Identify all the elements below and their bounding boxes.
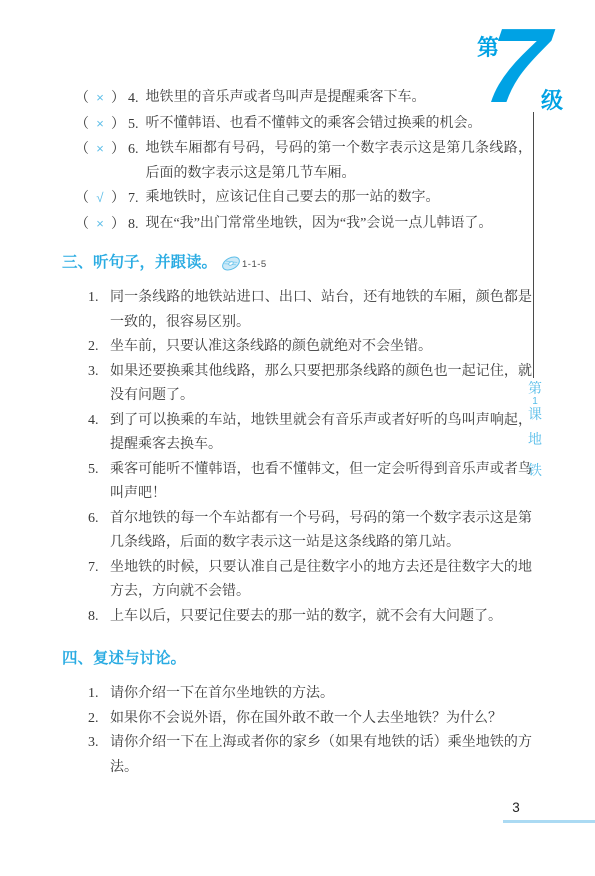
true-false-item: （×）6. 地铁车厢都有号码，号码的第一个数字表示这是第几条线路，后面的数字表示… [75, 137, 532, 186]
discussion-item: 3. 请你介绍一下在上海或者你的家乡（如果有地铁的话）乘坐地铁的方法。 [88, 731, 532, 780]
sentence-item: 1. 同一条线路的地铁站进口、出口、站台，还有地铁的车厢，颜色都是一致的，很容易… [88, 286, 532, 335]
sentence-item: 7. 坐地铁的时候，只要认准自己是往数字小的地方去还是往数字大的地方去，方向就不… [88, 556, 532, 605]
item-number: 2. [88, 335, 110, 360]
item-number: 6. [128, 138, 139, 163]
section-discuss-title: 四、复述与讨论。 [62, 649, 532, 669]
open-paren: （ [75, 91, 89, 106]
answer-mark: × [89, 212, 111, 237]
sentence-text: 乘客可能听不懂韩语，也看不懂韩文，但一定会听得到音乐声或者鸟叫声吧！ [110, 458, 532, 507]
sidebar-lesson-number: 1 [532, 396, 538, 407]
sentence-item: 8. 上车以后，只要记住要去的那一站的数字，就不会有大问题了。 [88, 605, 532, 630]
true-false-item: （√）7. 乘地铁时，应该记住自己要去的那一站的数字。 [75, 186, 532, 212]
answer-prefix: （×）5. [75, 112, 146, 138]
level-badge-suffix: 级 [541, 84, 563, 115]
section-discuss-title-text: 四、复述与讨论。 [62, 649, 186, 669]
answer-mark: × [89, 137, 111, 162]
section-listen-title: 三、听句子，并跟读。 1-1-5 [62, 253, 532, 273]
item-number: 7. [128, 187, 139, 212]
footer-rule [503, 820, 595, 823]
item-number: 3. [88, 360, 110, 409]
true-false-item: （×）4. 地铁里的音乐声或者鸟叫声是提醒乘客下车。 [75, 86, 532, 112]
close-paren: ） [111, 91, 125, 106]
item-number: 5. [88, 458, 110, 507]
sentence-text: 同一条线路的地铁站进口、出口、站台，还有地铁的车厢，颜色都是一致的，很容易区别。 [110, 286, 532, 335]
true-false-list: （×）4. 地铁里的音乐声或者鸟叫声是提醒乘客下车。 （×）5. 听不懂韩语、也… [62, 86, 532, 237]
close-paren: ） [111, 217, 125, 232]
statement-text: 现在“我”出门常常坐地铁，因为“我”会说一点儿韩语了。 [146, 212, 533, 238]
item-number: 7. [88, 556, 110, 605]
page-number: 3 [505, 800, 527, 815]
answer-prefix: （×）6. [75, 137, 146, 186]
close-paren: ） [111, 142, 125, 157]
open-paren: （ [75, 142, 89, 157]
discussion-item: 2. 如果你不会说外语，你在国外敢不敢一个人去坐地铁？为什么？ [88, 707, 532, 732]
sentence-text: 到了可以换乘的车站，地铁里就会有音乐声或者好听的鸟叫声响起，提醒乘客去换车。 [110, 409, 532, 458]
item-number: 8. [128, 213, 139, 238]
sentence-text: 上车以后，只要记住要去的那一站的数字，就不会有大问题了。 [110, 605, 532, 630]
audio-track-label: 1-1-5 [242, 255, 267, 275]
true-false-item: （×）5. 听不懂韩语、也看不懂韩文的乘客会错过换乘的机会。 [75, 112, 532, 138]
sidebar-divider-line [533, 112, 534, 378]
sentence-item: 5. 乘客可能听不懂韩语，也看不懂韩文，但一定会听得到音乐声或者鸟叫声吧！ [88, 458, 532, 507]
item-number: 1. [88, 286, 110, 335]
true-false-item: （×）8. 现在“我”出门常常坐地铁，因为“我”会说一点儿韩语了。 [75, 212, 532, 238]
sentence-text: 如果还要换乘其他线路，那么只要把那条线路的颜色也一起记住，就没有问题了。 [110, 360, 532, 409]
answer-mark: × [89, 112, 111, 137]
statement-text: 乘地铁时，应该记住自己要去的那一站的数字。 [146, 186, 533, 212]
question-text: 如果你不会说外语，你在国外敢不敢一个人去坐地铁？为什么？ [110, 707, 532, 732]
item-number: 1. [88, 682, 110, 707]
sentence-item: 3. 如果还要换乘其他线路，那么只要把那条线路的颜色也一起记住，就没有问题了。 [88, 360, 532, 409]
item-number: 4. [88, 409, 110, 458]
answer-mark: × [89, 86, 111, 111]
statement-text: 地铁里的音乐声或者鸟叫声是提醒乘客下车。 [146, 86, 533, 112]
close-paren: ） [111, 117, 125, 132]
sentence-text: 首尔地铁的每一个车站都有一个号码，号码的第一个数字表示这是第几条线路，后面的数字… [110, 507, 532, 556]
item-number: 6. [88, 507, 110, 556]
item-number: 8. [88, 605, 110, 630]
open-paren: （ [75, 117, 89, 132]
sentence-text: 坐车前，只要认准这条线路的颜色就绝对不会坐错。 [110, 335, 532, 360]
textbook-page: 第 7 级 第 1 课 地 铁 （×）4. 地铁里的音乐声或者鸟叫声是提醒乘客下… [0, 0, 595, 876]
sentence-text: 坐地铁的时候，只要认准自己是往数字小的地方去还是往数字大的地方去，方向就不会错。 [110, 556, 532, 605]
section-listen-title-text: 三、听句子，并跟读。 [62, 253, 217, 273]
statement-text: 地铁车厢都有号码，号码的第一个数字表示这是第几条线路，后面的数字表示这是第几节车… [146, 137, 533, 186]
answer-mark: √ [89, 186, 111, 211]
item-number: 3. [88, 731, 110, 780]
question-text: 请你介绍一下在首尔坐地铁的方法。 [110, 682, 532, 707]
discussion-item: 1. 请你介绍一下在首尔坐地铁的方法。 [88, 682, 532, 707]
sentence-item: 2. 坐车前，只要认准这条线路的颜色就绝对不会坐错。 [88, 335, 532, 360]
answer-prefix: （√）7. [75, 186, 146, 212]
item-number: 2. [88, 707, 110, 732]
listen-sentence-list: 1. 同一条线路的地铁站进口、出口、站台，还有地铁的车厢，颜色都是一致的，很容易… [62, 286, 532, 629]
open-paren: （ [75, 191, 89, 206]
main-content: （×）4. 地铁里的音乐声或者鸟叫声是提醒乘客下车。 （×）5. 听不懂韩语、也… [62, 86, 532, 780]
discussion-question-list: 1. 请你介绍一下在首尔坐地铁的方法。 2. 如果你不会说外语，你在国外敢不敢一… [62, 682, 532, 780]
sentence-item: 6. 首尔地铁的每一个车站都有一个号码，号码的第一个数字表示这是第几条线路，后面… [88, 507, 532, 556]
cd-disc-icon [221, 255, 241, 272]
open-paren: （ [75, 217, 89, 232]
sentence-item: 4. 到了可以换乘的车站，地铁里就会有音乐声或者好听的鸟叫声响起，提醒乘客去换车… [88, 409, 532, 458]
answer-prefix: （×）4. [75, 86, 146, 112]
question-text: 请你介绍一下在上海或者你的家乡（如果有地铁的话）乘坐地铁的方法。 [110, 731, 532, 780]
statement-text: 听不懂韩语、也看不懂韩文的乘客会错过换乘的机会。 [146, 112, 533, 138]
answer-prefix: （×）8. [75, 212, 146, 238]
item-number: 5. [128, 113, 139, 138]
item-number: 4. [128, 87, 139, 112]
close-paren: ） [111, 191, 125, 206]
